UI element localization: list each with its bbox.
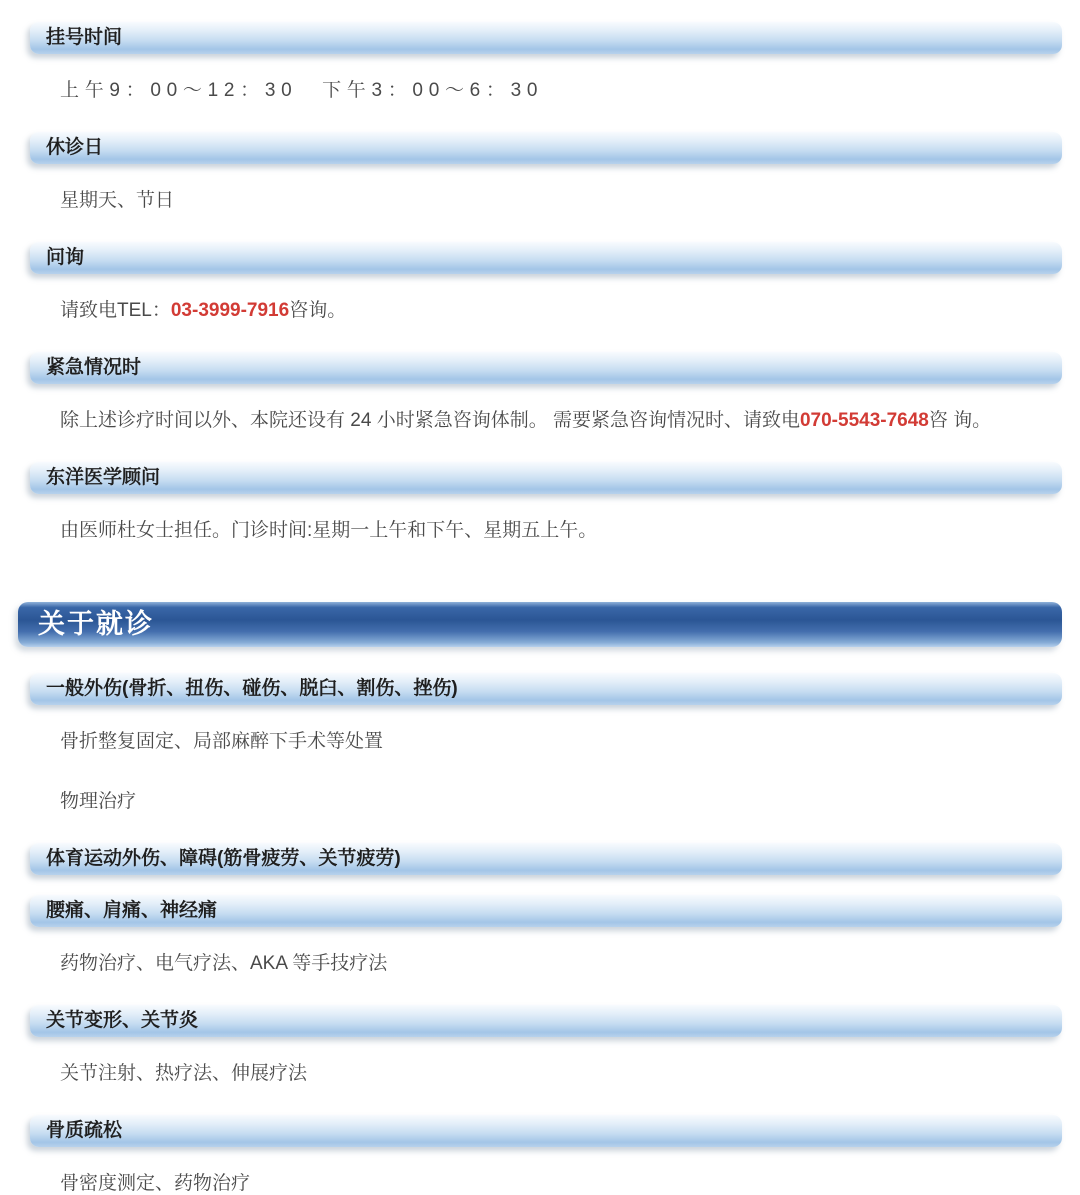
section-general-trauma: 一般外伤(骨折、扭伤、碰伤、脱臼、割伤、挫伤) 骨折整复固定、局部麻醉下手术等处…: [0, 673, 1080, 815]
section-closed-days: 休诊日 星期天、节日: [0, 132, 1080, 214]
clinic-info-page: 挂号时间 上午9：00～12：30 下午3：00～6：30 休诊日 星期天、节日…: [0, 0, 1080, 1195]
section-header-registration-hours: 挂号时间: [30, 22, 1062, 54]
section-title: 挂号时间: [46, 27, 122, 48]
emergency-text-pre: 除上述诊疗时间以外、本院还设有 24 小时紧急咨询体制。 需要紧急咨询情况时、请…: [60, 410, 800, 431]
inquiry-text-pre: 请致电TEL：: [60, 300, 171, 321]
section-title: 关节变形、关节炎: [46, 1010, 198, 1031]
section-registration-hours: 挂号时间 上午9：00～12：30 下午3：00～6：30: [0, 22, 1080, 104]
section-inquiry: 问询 请致电TEL：03-3999-7916咨询。: [0, 242, 1080, 324]
emergency-phone-number: 070-5543-7648: [800, 410, 929, 431]
general-trauma-text-2: 物理治疗: [60, 789, 1060, 815]
emergency-text-post: 咨 询。: [929, 410, 991, 431]
section-header-emergency: 紧急情况时: [30, 352, 1062, 384]
osteoporosis-treatment-text: 骨密度测定、药物治疗: [60, 1171, 1060, 1195]
section-title: 体育运动外伤、障碍(筋骨疲劳、关节疲劳): [46, 848, 401, 869]
section-header-inquiry: 问询: [30, 242, 1062, 274]
section-title: 一般外伤(骨折、扭伤、碰伤、脱臼、割伤、挫伤): [46, 678, 458, 699]
section-header-pain: 腰痛、肩痛、神经痛: [30, 895, 1062, 927]
section-osteoporosis: 骨质疏松 骨密度测定、药物治疗: [0, 1115, 1080, 1195]
section-header-oriental-medicine: 东洋医学顾问: [30, 462, 1062, 494]
section-title: 问询: [46, 247, 84, 268]
emergency-text: 除上述诊疗时间以外、本院还设有 24 小时紧急咨询体制。 需要紧急咨询情况时、请…: [60, 408, 1060, 434]
general-trauma-text-1: 骨折整复固定、局部麻醉下手术等处置: [60, 729, 1060, 755]
section-oriental-medicine: 东洋医学顾问 由医师杜女士担任。门诊时间:星期一上午和下午、星期五上午。: [0, 462, 1080, 544]
section-title: 东洋医学顾问: [46, 467, 160, 488]
section-title: 休诊日: [46, 137, 103, 158]
inquiry-phone-number: 03-3999-7916: [171, 300, 289, 321]
section-sports-injury: 体育运动外伤、障碍(筋骨疲劳、关节疲劳): [0, 843, 1080, 875]
section-pain: 腰痛、肩痛、神经痛 药物治疗、电气疗法、AKA 等手技疗法: [0, 895, 1080, 977]
consultation-banner-title: 关于就诊: [38, 609, 154, 639]
pain-treatment-text: 药物治疗、电气疗法、AKA 等手技疗法: [60, 951, 1060, 977]
section-header-sports-injury: 体育运动外伤、障碍(筋骨疲劳、关节疲劳): [30, 843, 1062, 875]
registration-hours-text: 上午9：00～12：30 下午3：00～6：30: [60, 78, 1060, 104]
section-header-joint: 关节变形、关节炎: [30, 1005, 1062, 1037]
section-title: 骨质疏松: [46, 1120, 122, 1141]
oriental-medicine-text: 由医师杜女士担任。门诊时间:星期一上午和下午、星期五上午。: [60, 518, 1060, 544]
joint-treatment-text: 关节注射、热疗法、伸展疗法: [60, 1061, 1060, 1087]
section-title: 紧急情况时: [46, 357, 141, 378]
section-header-closed-days: 休诊日: [30, 132, 1062, 164]
closed-days-text: 星期天、节日: [60, 188, 1060, 214]
inquiry-text-post: 咨询。: [289, 300, 346, 321]
section-title: 腰痛、肩痛、神经痛: [46, 900, 217, 921]
consultation-banner: 关于就诊: [18, 602, 1062, 647]
section-header-osteoporosis: 骨质疏松: [30, 1115, 1062, 1147]
section-header-general-trauma: 一般外伤(骨折、扭伤、碰伤、脱臼、割伤、挫伤): [30, 673, 1062, 705]
section-joint: 关节变形、关节炎 关节注射、热疗法、伸展疗法: [0, 1005, 1080, 1087]
section-emergency: 紧急情况时 除上述诊疗时间以外、本院还设有 24 小时紧急咨询体制。 需要紧急咨…: [0, 352, 1080, 434]
inquiry-text: 请致电TEL：03-3999-7916咨询。: [60, 298, 1060, 324]
